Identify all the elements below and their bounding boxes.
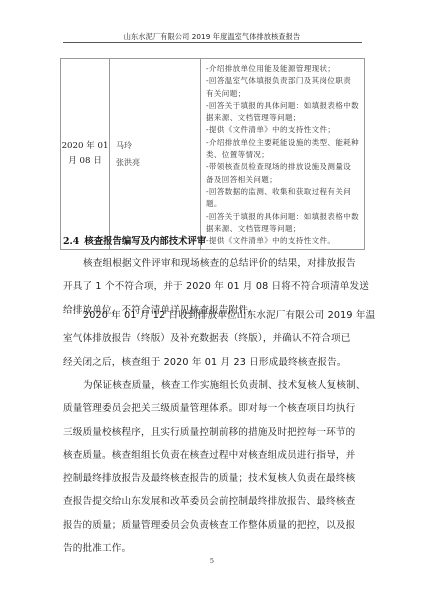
- header-divider: [63, 42, 362, 43]
- paragraph-line: 2020 年 01 月 12 日收到排放单位山东水泥厂有限公司 2019 年温: [63, 304, 363, 327]
- paragraph-3: 为保证核查质量，核查工作实施组长负责制、技术复核人复核制、 质量管理委员会把关三…: [63, 374, 363, 560]
- section-number: 2.4: [63, 236, 79, 247]
- paragraph-line: 核查质量。核查组组长负责在核查过程中对核查组成员进行指导，并: [63, 444, 363, 467]
- content-line: -介绍排放单位主要耗能设施的类型、能耗种: [206, 137, 360, 149]
- date-line-2: 月 08 日: [61, 154, 109, 169]
- content-cell: -介绍排放单位用能及能源管理现状； -回答温室气体填报负责部门及其岗位职责 有关…: [201, 59, 365, 250]
- section-heading: 2.4核查报告编写及内部技术评审: [63, 233, 206, 247]
- paragraph-line: 开具了 1 个不符合项，并于 2020 年 01 月 08 日将不符合项清单发送: [63, 275, 363, 298]
- page-header-title: 山东水泥厂有限公司 2019 年度温室气体排放核查报告: [0, 32, 424, 42]
- person-name: 张洪亮: [116, 154, 200, 171]
- personnel-cell: 马玲 张洪亮: [110, 59, 201, 250]
- content-line: 题。: [206, 198, 360, 210]
- content-line: 据来源、文档管理等问题；: [206, 112, 360, 124]
- page-number: 5: [0, 557, 424, 565]
- content-line: -回答温室气体填报负责部门及其岗位职责: [206, 75, 360, 87]
- paragraph-line: 三级质量校核程序，且实行质量控制前移的措施及时把控每一环节的: [63, 421, 363, 444]
- paragraph-line: 控制最终排放报告及最终核查报告的质量；技术复核人负责在最终核: [63, 467, 363, 490]
- table-row: 2020 年 01 月 08 日 马玲 张洪亮 -介绍排放单位用能及能源管理现状…: [61, 59, 365, 250]
- paragraph-line: 核查组根据文件评审和现场核查的总结评价的结果，对排放报告: [63, 252, 363, 275]
- paragraph-line: 为保证核查质量，核查工作实施组长负责制、技术复核人复核制、: [63, 374, 363, 397]
- paragraph-line: 质量管理委员会把关三级质量管理体系。即对每一个核查项目均执行: [63, 397, 363, 420]
- section-title: 核查报告编写及内部技术评审: [84, 236, 206, 247]
- content-line: 有关问题；: [206, 88, 360, 100]
- content-line: -回答关于填报的具体问题：如填报表格中数: [206, 211, 360, 223]
- date-line-1: 2020 年 01: [61, 139, 109, 154]
- paragraph-line: 查报告提交给山东发展和改革委员会前控制最终排放报告、最终核查: [63, 490, 363, 513]
- content-line: -回答关于填报的具体问题：如填报表格中数: [206, 100, 360, 112]
- verification-activity-table: 2020 年 01 月 08 日 马玲 张洪亮 -介绍排放单位用能及能源管理现状…: [60, 58, 365, 250]
- content-line: -提供《文件清单》中的支持性文件；: [206, 124, 360, 136]
- date-cell: 2020 年 01 月 08 日: [61, 59, 110, 250]
- content-line: -提供《文件清单》中的支持性文件。: [206, 235, 360, 247]
- paragraph-line: 报告的质量；质量管理委员会负责核查工作整体质量的把控，以及报: [63, 514, 363, 537]
- content-line: 据来源、文档管理等问题；: [206, 223, 360, 235]
- person-name: 马玲: [116, 137, 200, 154]
- paragraph-line: 室气体排放报告（终版）及补充数据表（终版），并确认不符合项已: [63, 327, 363, 350]
- paragraph-2: 2020 年 01 月 12 日收到排放单位山东水泥厂有限公司 2019 年温 …: [63, 304, 363, 374]
- content-line: -介绍排放单位用能及能源管理现状；: [206, 63, 360, 75]
- paragraph-line: 经关闭之后，核查组于 2020 年 01 月 23 日形成最终核查报告。: [63, 351, 363, 374]
- content-line: -带领核查员检查现场的排放设施及测量设: [206, 161, 360, 173]
- content-line: 备及回答相关问题；: [206, 174, 360, 186]
- content-line: -回答数据的监测、收集和获取过程有关问: [206, 186, 360, 198]
- content-line: 类、位置等情况；: [206, 149, 360, 161]
